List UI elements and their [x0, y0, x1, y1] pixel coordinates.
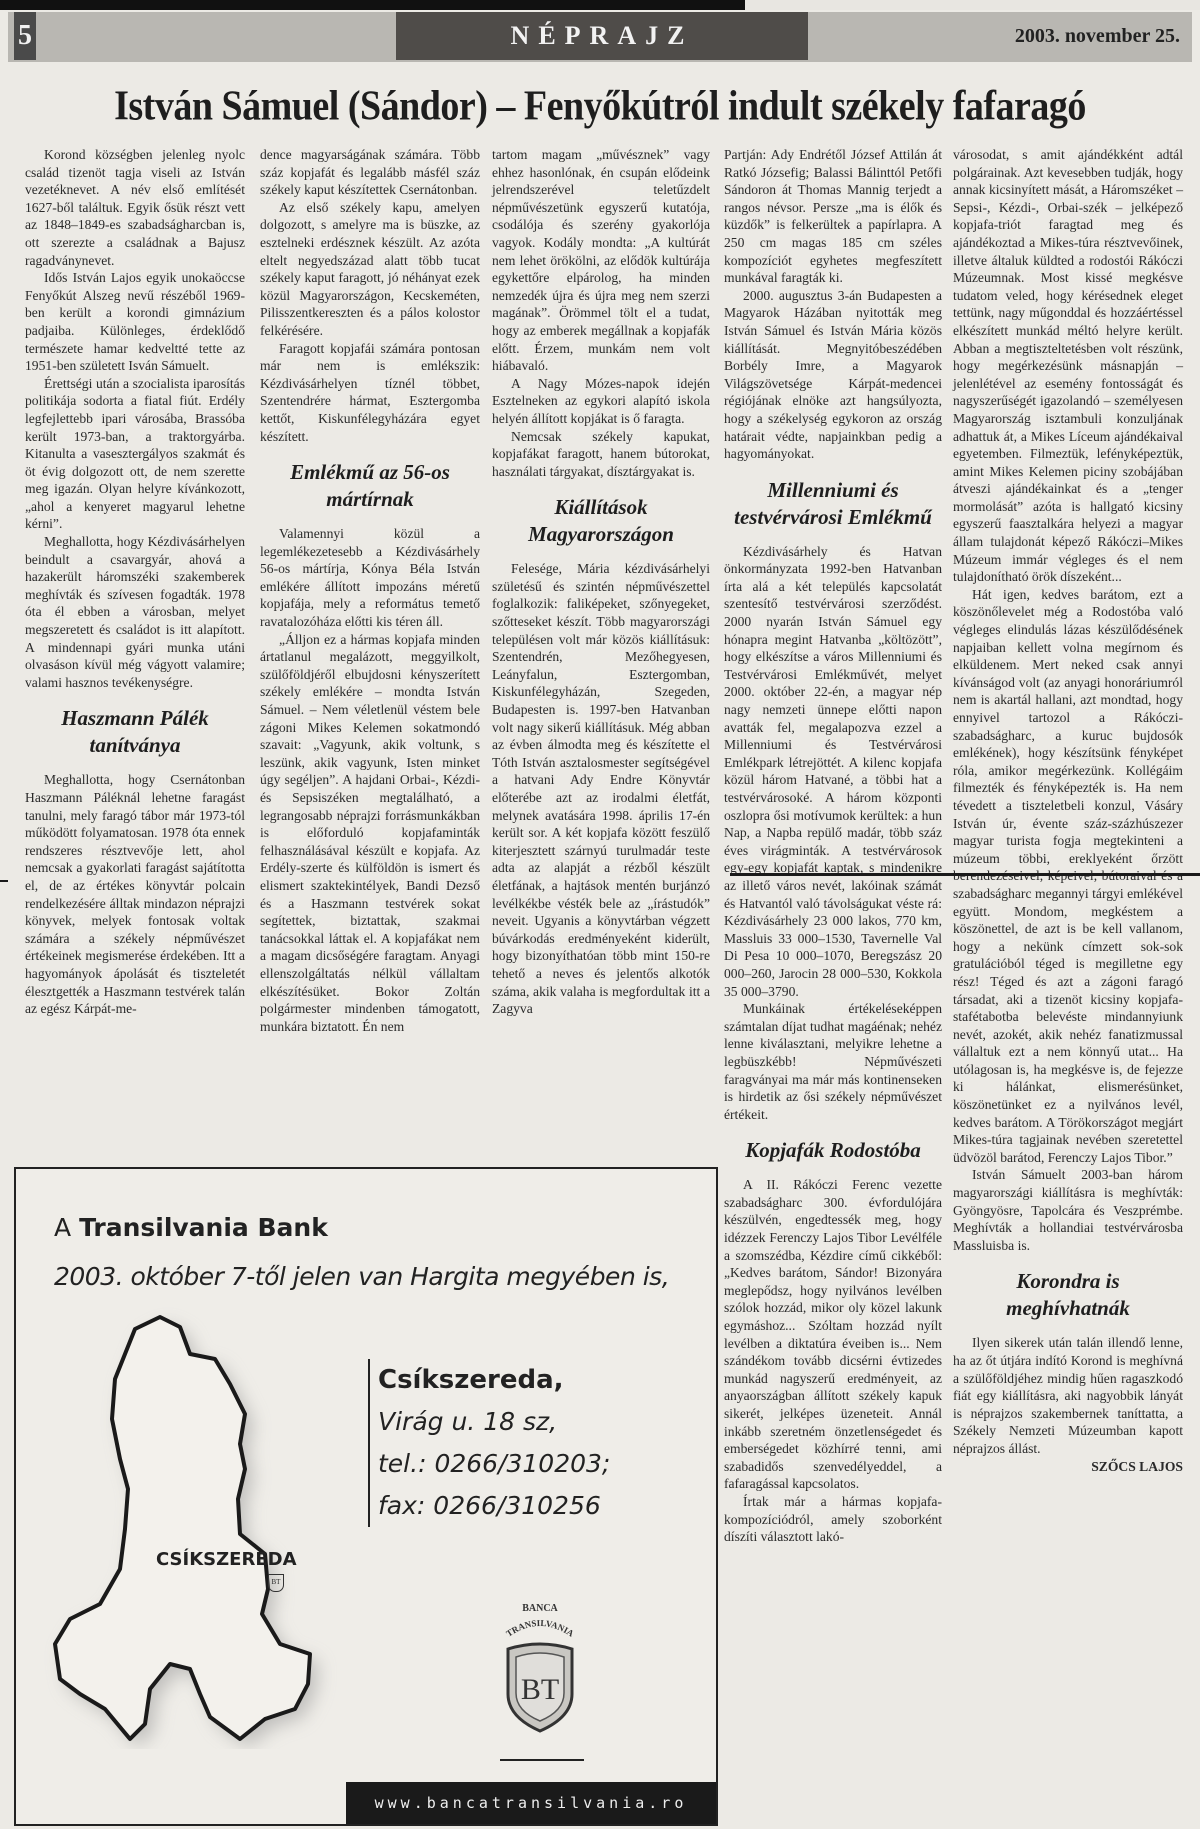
paragraph: városodat, s amit ajándékként adtál polg…: [953, 146, 1183, 586]
paragraph: Ilyen sikerek után talán illendő lenne, …: [953, 1334, 1183, 1457]
branch-city: Csíkszereda,: [378, 1359, 610, 1401]
article-column-2: dence magyarságának számára. Több száz k…: [260, 146, 480, 1035]
author-signature: SZŐCS LAJOS: [953, 1458, 1183, 1476]
paragraph: Munkáinak értékeléseképpen számtalan díj…: [724, 1000, 942, 1123]
paragraph: dence magyarságának számára. Több száz k…: [260, 146, 480, 199]
banca-transilvania-logo-icon: BANCA TRANSILVANIA BT: [496, 1599, 584, 1739]
paragraph: Érettségi után a szocialista iparosítás …: [25, 375, 245, 533]
subheading: Emlékmű az 56-os mártírnak: [260, 459, 480, 513]
svg-text:BANCA: BANCA: [522, 1603, 558, 1614]
subheading: Kiállítások Magyarországon: [492, 494, 710, 548]
page-number: 5: [14, 12, 36, 60]
map-bt-badge-icon: BT: [268, 1574, 284, 1592]
article-column-3: tartom magam „művésznek” vagy ehhez haso…: [492, 146, 710, 1018]
paragraph: A II. Rákóczi Ferenc vezette szabadságha…: [724, 1176, 942, 1493]
clipping-seam-right: [730, 873, 1200, 876]
branch-fax: fax: 0266/310256: [378, 1485, 610, 1527]
paragraph: Kézdivásárhely és Hatvan önkormányzata 1…: [724, 543, 942, 1000]
paragraph: Idős István Lajos egyik unokaöccse Fenyő…: [25, 269, 245, 375]
paragraph: tartom magam „művésznek” vagy ehhez haso…: [492, 146, 710, 375]
paragraph: „Álljon ez a hármas kopjafa minden ártat…: [260, 631, 480, 1036]
paragraph: Nemcsak székely kapukat, kopjafákat fara…: [492, 428, 710, 481]
transilvania-bank-advertisement: A Transilvania Bank 2003. október 7-től …: [14, 1167, 718, 1826]
paragraph: Írtak már a hármas kopjafa-kompozíciódró…: [724, 1493, 942, 1546]
subheading: Korondra is meghívhatnák: [953, 1268, 1183, 1322]
article-column-4: Partján: Ady Endrétől József Attilán át …: [724, 146, 942, 1546]
paragraph: Meghallotta, hogy Csernátonban Haszmann …: [25, 771, 245, 1017]
paragraph: Meghallotta, hogy Kézdivásárhelyen beind…: [25, 533, 245, 691]
branch-address: Csíkszereda, Virág u. 18 sz, tel.: 0266/…: [368, 1359, 610, 1527]
ad-subtitle: 2003. október 7-től jelen van Hargita me…: [54, 1262, 669, 1291]
article-column-5: városodat, s amit ajándékként adtál polg…: [953, 146, 1183, 1475]
paragraph: Partján: Ady Endrétől József Attilán át …: [724, 146, 942, 287]
top-border-strip: [0, 0, 1200, 10]
article-headline: István Sámuel (Sándor) – Fenyőkútról ind…: [0, 81, 1200, 130]
paragraph: Faragott kopjafái számára pontosan már n…: [260, 340, 480, 446]
paragraph: Felesége, Mária kézdivásárhelyi születés…: [492, 560, 710, 1017]
issue-date: 2003. november 25.: [1015, 12, 1180, 60]
paragraph: Korond községben jelenleg nyolc család t…: [25, 146, 245, 269]
ad-title: A Transilvania Bank: [54, 1213, 328, 1242]
svg-text:TRANSILVANIA: TRANSILVANIA: [504, 1618, 576, 1639]
paragraph: Hát igen, kedves barátom, ezt a köszönől…: [953, 586, 1183, 1167]
hargita-county-map-icon: [40, 1299, 400, 1749]
clipping-seam-left: [0, 880, 8, 882]
branch-street: Virág u. 18 sz,: [378, 1401, 610, 1443]
paragraph: István Sámuelt 2003-ban három magyarorsz…: [953, 1166, 1183, 1254]
map-city-label: CSÍKSZEREDA: [156, 1549, 297, 1570]
paragraph: Az első székely kapu, amelyen dolgozott,…: [260, 199, 480, 340]
svg-text:BT: BT: [521, 1673, 559, 1706]
ad-bank-name: Transilvania Bank: [79, 1213, 328, 1242]
paragraph: A Nagy Mózes-napok idején Esztelneken az…: [492, 375, 710, 428]
logo-underline: [500, 1759, 584, 1761]
masthead: 5 NÉPRAJZ 2003. november 25.: [8, 12, 1192, 62]
section-title: NÉPRAJZ: [396, 12, 808, 60]
paragraph: 2000. augusztus 3-án Budapesten a Magyar…: [724, 287, 942, 463]
subheading: Haszmann Pálék tanítványa: [25, 705, 245, 759]
subheading: Millenniumi és testvérvárosi Emlékmű: [724, 477, 942, 531]
article-column-1: Korond községben jelenleg nyolc család t…: [25, 146, 245, 1018]
bank-website-link[interactable]: www.bancatransilvania.ro: [346, 1782, 716, 1824]
branch-phone: tel.: 0266/310203;: [378, 1443, 610, 1485]
paragraph: Valamennyi közül a legemlékezetesebb a K…: [260, 525, 480, 631]
ad-title-prefix: A: [54, 1213, 71, 1242]
subheading: Kopjafák Rodostóba: [724, 1137, 942, 1164]
